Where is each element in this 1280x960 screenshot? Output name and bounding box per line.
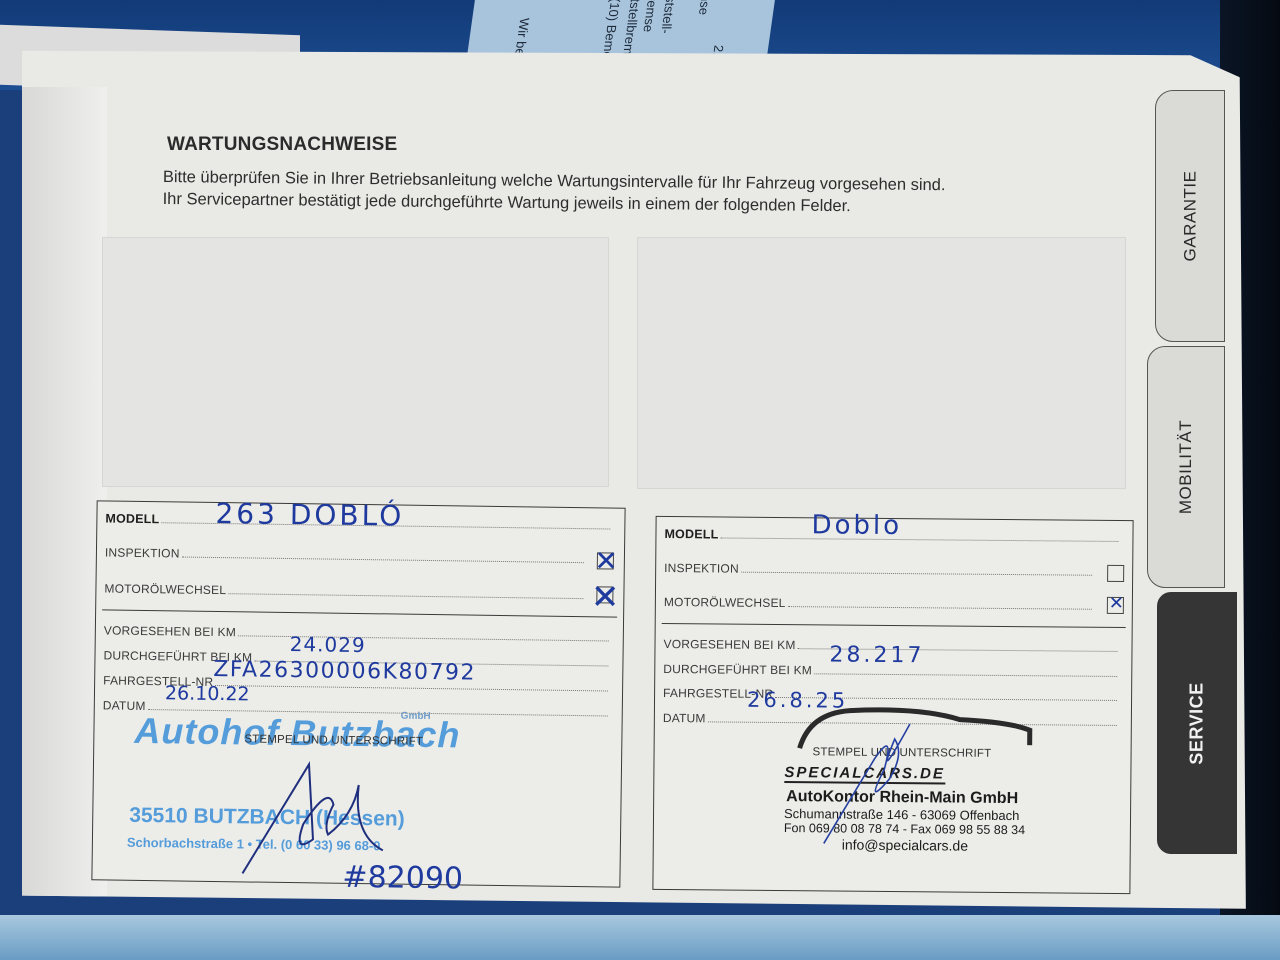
invoice-number: #82090 (342, 860, 463, 897)
divider (102, 609, 617, 617)
booklet-page: WARTUNGSNACHWEISE Bitte überprüfen Sie i… (107, 102, 1267, 960)
under-text: (10) Beme (600, 0, 624, 59)
oil-change-check-mark: ✕ (1109, 595, 1124, 613)
under-text: nse (696, 0, 714, 15)
background-folder-bottom (0, 915, 1280, 960)
maintenance-record-2: MODELL Doblo INSPEKTION MOTORÖLWECHSEL ✕… (652, 516, 1133, 894)
performed-km-value: 28.217 (829, 642, 924, 668)
signature (804, 718, 925, 849)
oil-change-row: MOTORÖLWECHSEL (104, 575, 611, 602)
model-value: 263 DOBLÓ (215, 497, 404, 533)
tab-mobilitaet[interactable]: MOBILITÄT (1147, 346, 1225, 588)
tab-garantie[interactable]: GARANTIE (1155, 90, 1225, 342)
tab-label: MOBILITÄT (1176, 420, 1196, 514)
empty-record-box (102, 237, 609, 487)
oil-change-label: MOTORÖLWECHSEL (664, 595, 786, 610)
inspection-checkbox[interactable] (1107, 565, 1124, 582)
planned-km-label: VORGESEHEN BEI KM (663, 637, 795, 652)
date-label: DATUM (663, 711, 706, 725)
tab-label: GARANTIE (1180, 171, 1200, 262)
under-text: Wir be (512, 18, 532, 56)
empty-record-box (637, 237, 1126, 489)
vin-value: ZFA26300006K80792 (213, 657, 476, 686)
performed-km-label: DURCHGEFÜHRT BEI KM (663, 662, 812, 677)
oil-change-row: MOTORÖLWECHSEL (664, 589, 1120, 613)
maintenance-record-1: MODELL 263 DOBLÓ INSPEKTION ✕ MOTORÖLWEC… (91, 500, 625, 887)
inspection-row: INSPEKTION (105, 539, 612, 566)
inspection-label: INSPEKTION (105, 545, 180, 560)
inspection-check-mark: ✕ (594, 547, 618, 575)
model-label: MODELL (664, 527, 718, 541)
inspection-row: INSPEKTION (664, 555, 1120, 579)
intro-text: Bitte überprüfen Sie in Ihrer Betriebsan… (163, 166, 1063, 219)
tab-label: SERVICE (1187, 682, 1208, 764)
oil-change-check-mark: ✕ (591, 580, 620, 614)
page-title: WARTUNGSNACHWEISE (167, 134, 397, 156)
inspection-label: INSPEKTION (664, 561, 739, 576)
performed-km-value: 24.029 (290, 632, 366, 657)
oil-change-label: MOTORÖLWECHSEL (104, 581, 226, 597)
model-value: Doblo (811, 510, 902, 541)
divider (662, 623, 1126, 628)
planned-km-label: VORGESEHEN BEI KM (104, 623, 236, 639)
under-text: ststell- (658, 0, 678, 34)
model-label: MODELL (105, 511, 159, 526)
tab-service[interactable]: SERVICE (1157, 592, 1237, 854)
service-booklet: WARTUNGSNACHWEISE Bitte überprüfen Sie i… (22, 42, 1252, 922)
date-value: 26.10.22 (165, 682, 250, 705)
under-text: remse (640, 0, 660, 32)
